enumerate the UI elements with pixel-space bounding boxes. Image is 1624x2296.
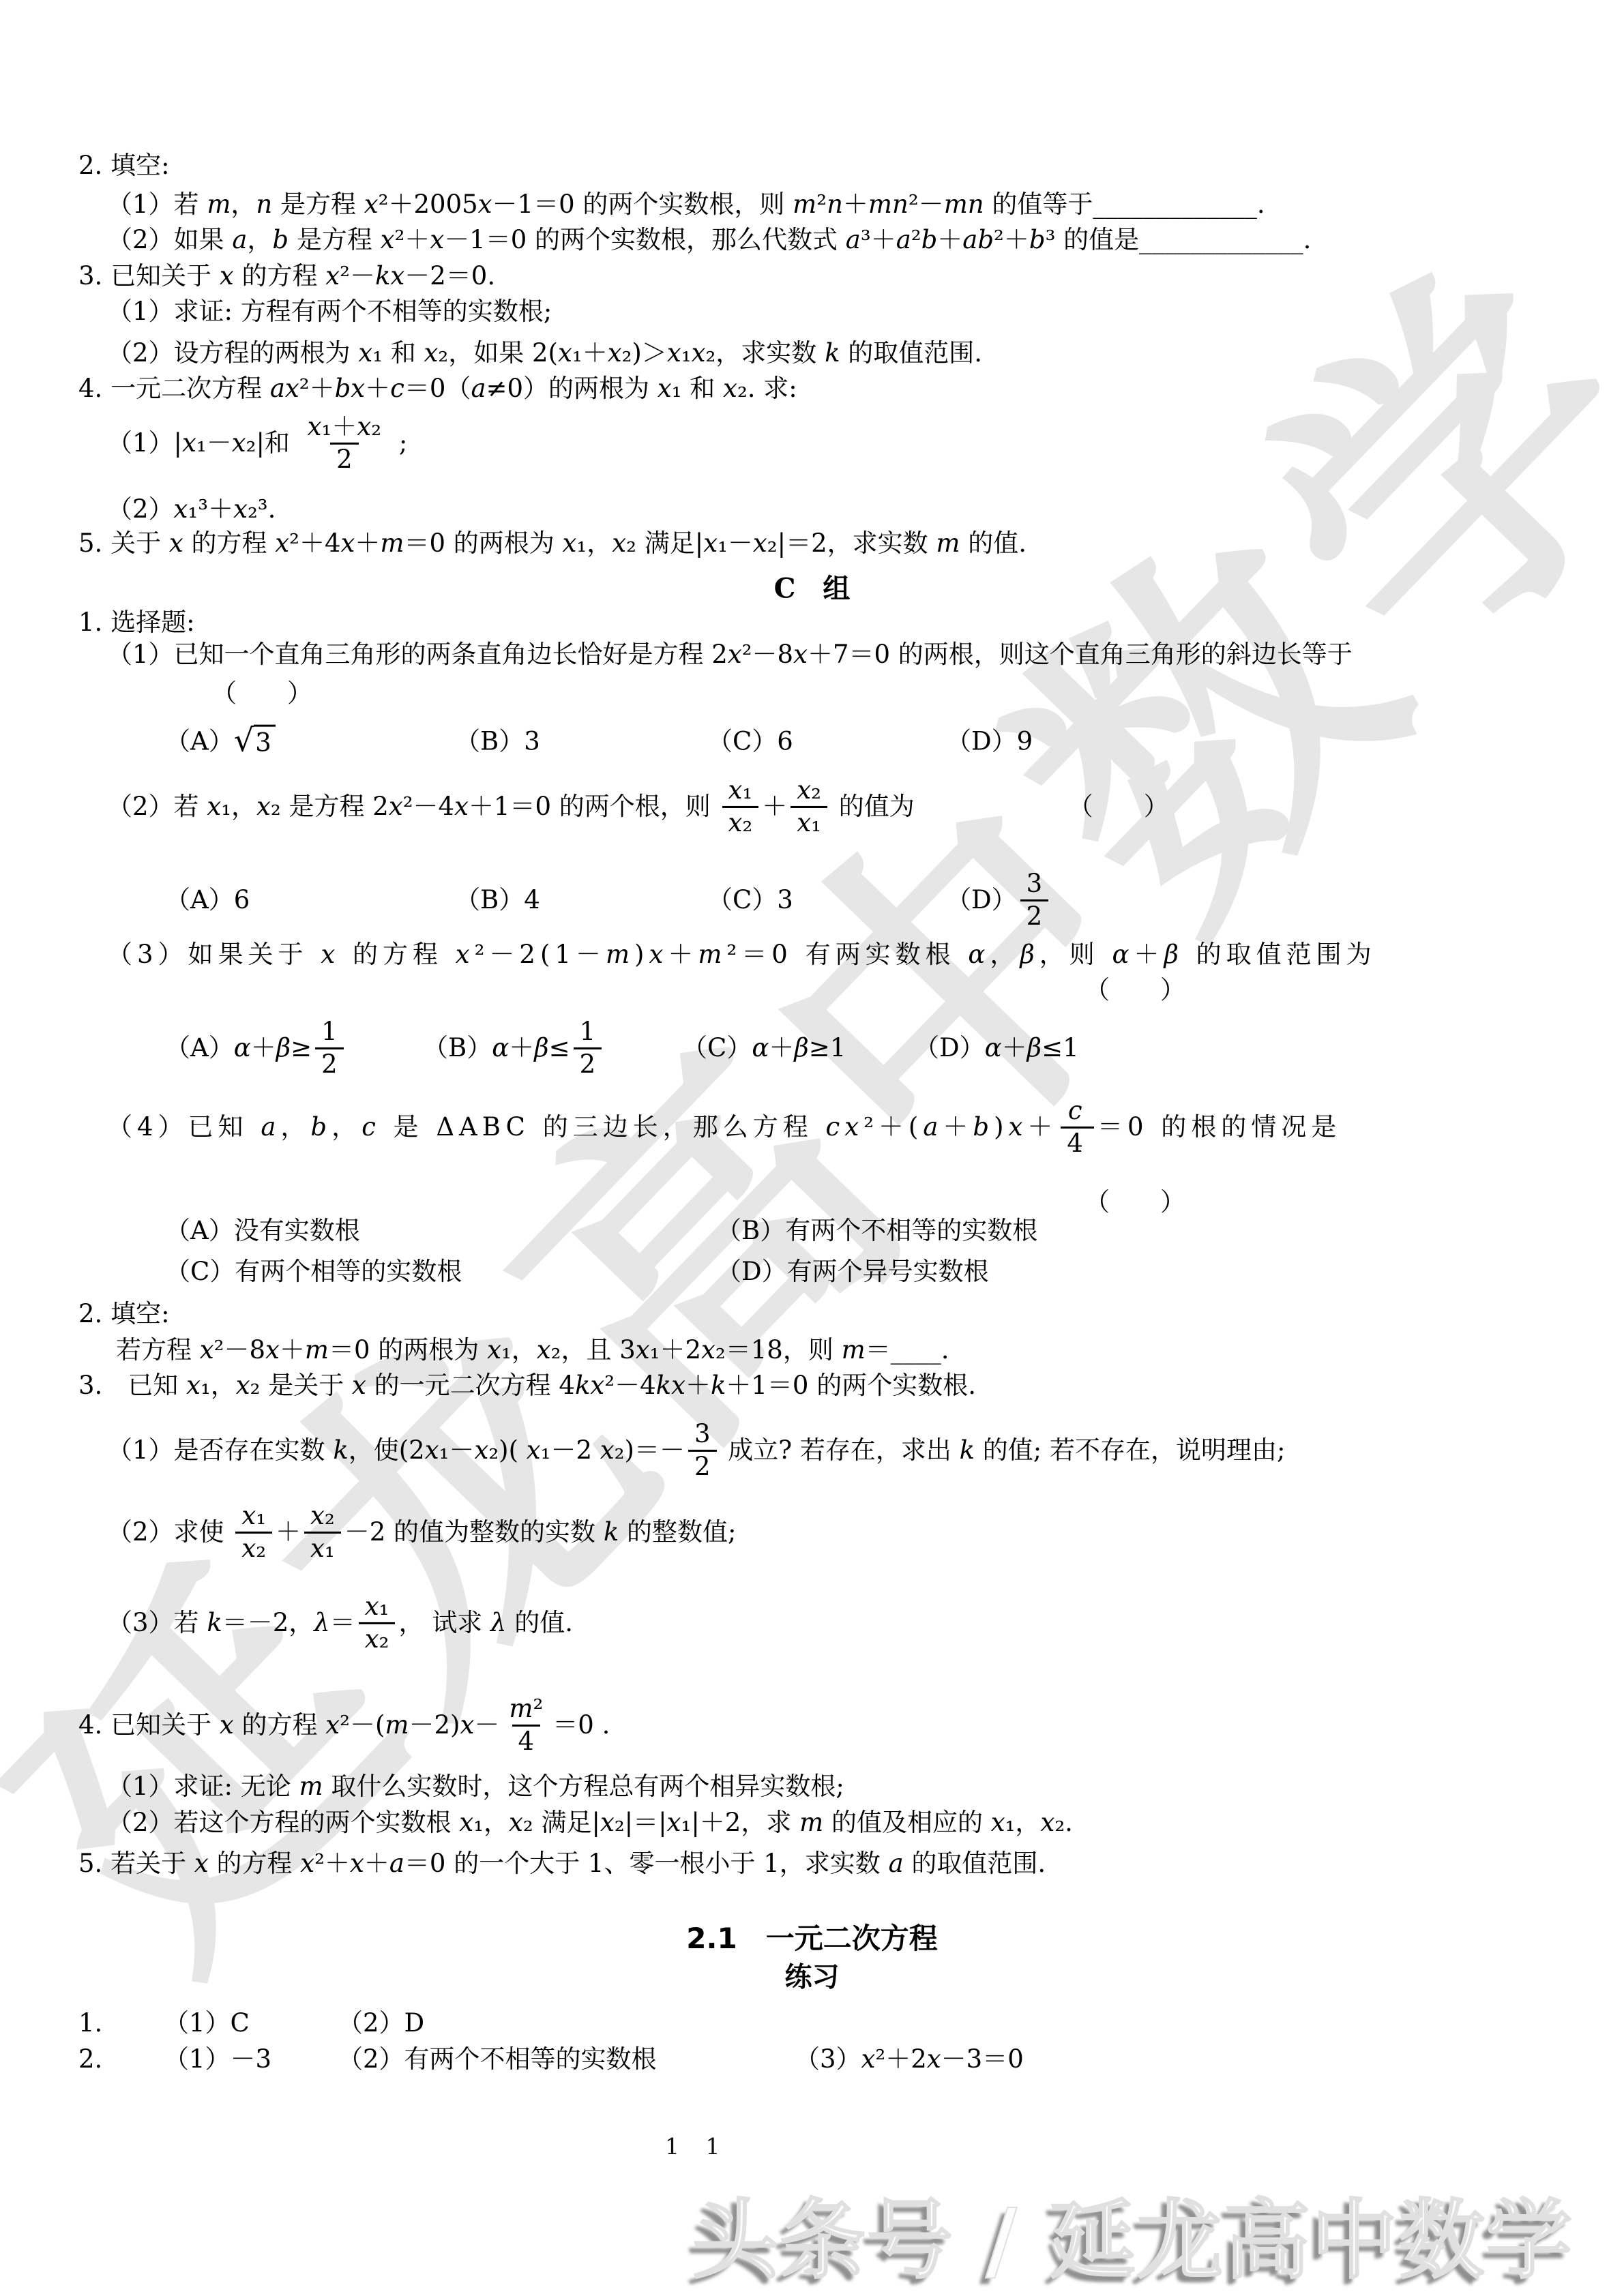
text-run: ＋ [762, 792, 787, 822]
option-cell: （A）没有实数根 [165, 1216, 716, 1246]
text-run: 2.1 一元二次方程 [686, 1922, 937, 1956]
text-run: （D）有两个异号实数根 [716, 1257, 989, 1287]
c-q1-3-answer-blank: （ ） [1084, 975, 1185, 1005]
text-run: 2 [321, 1050, 338, 1079]
answer-line-1: 1.（1）C（2）D [78, 2008, 424, 2038]
text-run: x₂ [728, 809, 753, 838]
c-q3-1: （1）是否存在实数 k，使(2x₁－x₂)( x₁－2 x₂)＝－32 成立? … [107, 1419, 1286, 1482]
sec-a-q3: 3. 已知关于 x 的方程 x²－kx－2＝0. [78, 261, 495, 291]
text-run: （B）3 [455, 726, 540, 756]
text-run: （3）x²＋2x－3＝0 [795, 2044, 1024, 2074]
text-run: c [1068, 1097, 1087, 1126]
practice-heading: 练习 [0, 1961, 1624, 1993]
text-run: 1. 选择题: [78, 608, 195, 638]
text-run: （A）没有实数根 [165, 1216, 360, 1246]
text-run: （C）有两个相等的实数根 [165, 1257, 462, 1287]
sec-a-q4-1: （1）|x₁－x₂|和 x₁＋x₂2 ; [107, 412, 407, 475]
sqrt-expression: √3 [234, 725, 276, 758]
text-run: （1）求证: 无论 m 取什么实数时，这个方程总有两个相异实数根; [107, 1772, 844, 1802]
text-run: （D） [946, 885, 1017, 915]
sec-a-q2: 2. 填空: [78, 151, 170, 181]
text-run: 2 [336, 445, 353, 475]
fraction: x₂x₁ [304, 1501, 341, 1564]
footer-watermark: 头条号 / 延龙高中数学 [692, 2172, 1574, 2295]
text-run: （B）α＋β≤ [423, 1033, 570, 1063]
text-run: （2）求使 [107, 1517, 232, 1547]
text-run: 3 [255, 728, 271, 758]
text-run: x₁ [241, 1502, 266, 1531]
c-q1-2: （2）若 x₁，x₂ 是方程 2x²－4x＋1＝0 的两个根，则 x₁x₂＋x₂… [107, 775, 1169, 838]
sec-a-q2-2: （2）如果 a，b 是方程 x²＋x－1＝0 的两个实数根，那么代数式 a³＋a… [107, 225, 1311, 255]
option-cell: （C）3 [707, 885, 946, 915]
c-q1-2-options: （A）6（B）4（C）3（D）32 [165, 869, 1052, 931]
option-cell: （D）9 [946, 726, 1033, 756]
text-run: （2）x₁³＋x₂³. [107, 494, 276, 524]
page-number: 1 1 [665, 2133, 729, 2160]
option-cell: （2）D [338, 2008, 424, 2038]
option-cell: （1）C [164, 2008, 338, 2038]
text-run: （ ） [1068, 792, 1169, 822]
text-run: 4 [518, 1727, 535, 1757]
c-q2-1: 若方程 x²－8x＋m＝0 的两根为 x₁，x₂，且 3x₁＋2x₂＝18，则 … [116, 1335, 949, 1365]
text-run: x₂ [365, 1625, 389, 1654]
c-q2: 2. 填空: [78, 1299, 170, 1329]
text-run: （ ） [211, 679, 312, 709]
text-run: （B）有两个不相等的实数根 [716, 1216, 1037, 1246]
section-2-1-title: 2.1 一元二次方程 [0, 1922, 1624, 1956]
text-run: 2. [78, 2044, 102, 2074]
text-run: （3）若 k＝－2，λ＝ [107, 1608, 355, 1638]
fraction: 32 [688, 1419, 717, 1482]
text-run: （2）若这个方程的两个实数根 x₁，x₂ 满足|x₂|＝|x₁|＋2，求 m 的… [107, 1808, 1073, 1838]
text-run: （2）有两个不相等的实数根 [338, 2044, 657, 2074]
text-run: 1 [321, 1017, 338, 1047]
fraction: 12 [315, 1017, 344, 1079]
text-run: 3 [1027, 869, 1043, 899]
text-run: x₁ [728, 776, 753, 805]
text-run: （2）设方程的两根为 x₁ 和 x₂，如果 2(x₁＋x₂)＞x₁x₂，求实数 … [107, 338, 982, 368]
c-q1: 1. 选择题: [78, 608, 195, 638]
text-run: （4）已知 a，b，c 是 ΔABC 的三边长，那么方程 cx²＋(a＋b)x＋ [107, 1112, 1057, 1142]
text-run: 3 [694, 1420, 711, 1449]
text-run: （1）C [164, 2008, 250, 2038]
text-run: 2 [694, 1452, 711, 1482]
option-cell: （3）x²＋2x－3＝0 [795, 2044, 1024, 2074]
fraction: 12 [574, 1017, 602, 1079]
spacer [915, 807, 1068, 807]
text-run: x₂ [241, 1534, 266, 1564]
option-cell: 2. [78, 2044, 164, 2074]
option-cell: （1）－3 [164, 2044, 338, 2074]
option-cell: （A）6 [165, 885, 455, 915]
sec-a-q4: 4. 一元二次方程 ax²＋bx＋c＝0（a≠0）的两根为 x₁ 和 x₂. 求… [78, 374, 797, 404]
text-run: （C）α＋β≥1 [682, 1033, 846, 1063]
worksheet-page: 延龙高中数学 2. 填空:（1）若 m，n 是方程 x²＋2005x－1＝0 的… [0, 0, 1624, 2296]
fraction: c4 [1061, 1096, 1094, 1159]
text-run: ， 试求 λ 的值. [398, 1608, 573, 1638]
text-run: 2 [580, 1050, 596, 1079]
option-cell: （C）α＋β≥1 [682, 1033, 914, 1063]
fraction: m²4 [503, 1694, 549, 1757]
text-run: 1. [78, 2008, 102, 2038]
text-run: 3. 已知关于 x 的方程 x²－kx－2＝0. [78, 261, 495, 291]
fraction: x₁x₂ [722, 775, 759, 838]
option-cell: （D）α＋β≤1 [914, 1033, 1079, 1063]
option-cell: （C）6 [707, 726, 946, 756]
text-run: （D）9 [946, 726, 1033, 756]
text-run: （2）若 x₁，x₂ 是方程 2x²－4x＋1＝0 的两个根，则 [107, 792, 719, 822]
text-run: （2）如果 a，b 是方程 x²＋x－1＝0 的两个实数根，那么代数式 a³＋a… [107, 225, 1311, 255]
text-run: （A） [165, 726, 234, 756]
fraction: x₁＋x₂2 [301, 412, 387, 475]
text-run: （C）3 [707, 885, 793, 915]
text-run: 的值为 [831, 792, 915, 822]
text-run: 4. 一元二次方程 ax²＋bx＋c＝0（a≠0）的两根为 x₁ 和 x₂. 求… [78, 374, 797, 404]
text-run: x₂ [310, 1502, 335, 1531]
text-run: m² [509, 1695, 543, 1724]
option-cell: （D）32 [946, 869, 1052, 931]
sec-a-q5: 5. 关于 x 的方程 x²＋4x＋m＝0 的两根为 x₁，x₂ 满足|x₁－x… [78, 528, 1027, 558]
option-cell: （A）√3 [165, 725, 455, 758]
text-run: （1）已知一个直角三角形的两条直角边长恰好是方程 2x²－8x＋7＝0 的两根，… [107, 640, 1353, 670]
text-run: ＋ [276, 1517, 301, 1547]
text-run: x₂ [797, 776, 821, 805]
c-q1-4-options-row2: （C）有两个相等的实数根（D）有两个异号实数根 [165, 1257, 989, 1287]
text-run: 2. 填空: [78, 151, 170, 181]
sec-a-q3-2: （2）设方程的两根为 x₁ 和 x₂，如果 2(x₁＋x₂)＞x₁x₂，求实数 … [107, 338, 982, 368]
text-run: ＝0 . [552, 1710, 610, 1740]
text-run: （3）如果关于 x 的方程 x²－2(1－m)x＋m²＝0 有两实数根 α，β，… [107, 940, 1376, 970]
text-run: （ ） [1084, 975, 1185, 1005]
c-q1-3: （3）如果关于 x 的方程 x²－2(1－m)x＋m²＝0 有两实数根 α，β，… [107, 940, 1376, 970]
option-cell: 1. [78, 2008, 164, 2038]
c-q3-2: （2）求使 x₁x₂＋x₂x₁－2 的值为整数的实数 k 的整数值; [107, 1501, 736, 1564]
text-run: （C）6 [707, 726, 793, 756]
document-content: 2. 填空:（1）若 m，n 是方程 x²＋2005x－1＝0 的两个实数根，则… [0, 0, 1624, 2296]
text-run: 若方程 x²－8x＋m＝0 的两根为 x₁，x₂，且 3x₁＋2x₂＝18，则 … [116, 1335, 949, 1365]
option-cell: （B）4 [455, 885, 707, 915]
text-run: x₁ [310, 1534, 335, 1564]
c-q3-3: （3）若 k＝－2，λ＝x₁x₂， 试求 λ 的值. [107, 1592, 573, 1654]
c-q1-1-options: （A）√3（B）3（C）6（D）9 [165, 725, 1033, 758]
c-q1-4-answer-blank: （ ） [1084, 1187, 1185, 1217]
text-run: ; [391, 428, 407, 458]
c-q4-1: （1）求证: 无论 m 取什么实数时，这个方程总有两个相异实数根; [107, 1772, 844, 1802]
text-run: 练习 [785, 1961, 840, 1993]
fraction: x₂x₁ [791, 775, 827, 838]
text-run: （1）－3 [164, 2044, 271, 2074]
c-q5: 5. 若关于 x 的方程 x²＋x＋a＝0 的一个大于 1、零一根小于 1，求实… [78, 1849, 1046, 1879]
answer-line-2: 2.（1）－3（2）有两个不相等的实数根（3）x²＋2x－3＝0 [78, 2044, 1024, 2074]
c-q1-1-answer-blank: （ ） [211, 679, 312, 709]
fraction: 32 [1020, 869, 1049, 931]
text-run: 4. 已知关于 x 的方程 x²－(m－2)x－ [78, 1710, 499, 1740]
c-q1-4: （4）已知 a，b，c 是 ΔABC 的三边长，那么方程 cx²＋(a＋b)x＋… [107, 1096, 1341, 1159]
text-run: （A）α＋β≥ [165, 1033, 312, 1063]
text-run: （1）求证: 方程有两个不相等的实数根; [107, 297, 552, 327]
option-cell: （2）有两个不相等的实数根 [338, 2044, 795, 2074]
fraction: x₁x₂ [359, 1592, 396, 1654]
text-run: ＝0 的根的情况是 [1097, 1112, 1341, 1142]
text-run: （2）D [338, 2008, 424, 2038]
text-run: x₁ [365, 1592, 389, 1622]
text-run: （1）是否存在实数 k，使(2x₁－x₂)( x₁－2 x₂)＝－ [107, 1435, 685, 1465]
text-run: －2 的值为整数的实数 k 的整数值; [344, 1517, 737, 1547]
text-run: 2 [1027, 902, 1043, 931]
option-cell: （B）有两个不相等的实数根 [716, 1216, 1037, 1246]
text-run: 成立? 若存在，求出 k 的值; 若不存在，说明理由; [720, 1435, 1286, 1465]
c-q1-1: （1）已知一个直角三角形的两条直角边长恰好是方程 2x²－8x＋7＝0 的两根，… [107, 640, 1353, 670]
text-run: 3. 已知 x₁，x₂ 是关于 x 的一元二次方程 4kx²－4kx＋k＋1＝0… [78, 1371, 976, 1401]
option-cell: （C）有两个相等的实数根 [165, 1257, 716, 1287]
option-cell: （B）3 [455, 726, 707, 756]
option-cell: （A）α＋β≥12 [165, 1017, 423, 1079]
text-run: 5. 若关于 x 的方程 x²＋x＋a＝0 的一个大于 1、零一根小于 1，求实… [78, 1849, 1046, 1879]
group-c-heading: C 组 [0, 572, 1624, 604]
text-run: （A）6 [165, 885, 250, 915]
text-run: （1）|x₁－x₂|和 [107, 428, 298, 458]
c-q1-4-options-row1: （A）没有实数根（B）有两个不相等的实数根 [165, 1216, 1037, 1246]
text-run: 1 [580, 1017, 596, 1047]
sec-a-q2-1: （1）若 m，n 是方程 x²＋2005x－1＝0 的两个实数根，则 m²n＋m… [107, 190, 1265, 220]
text-run: （D）α＋β≤1 [914, 1033, 1079, 1063]
option-cell: （D）有两个异号实数根 [716, 1257, 989, 1287]
option-cell: （B）α＋β≤12 [423, 1017, 682, 1079]
radical-icon: √ [234, 725, 254, 756]
text-run: 2. 填空: [78, 1299, 170, 1329]
sec-a-q4-2: （2）x₁³＋x₂³. [107, 494, 276, 524]
text-run: x₁＋x₂ [308, 413, 381, 442]
c-q1-3-options: （A）α＋β≥12（B）α＋β≤12（C）α＋β≥1（D）α＋β≤1 [165, 1017, 1079, 1079]
sec-a-q3-1: （1）求证: 方程有两个不相等的实数根; [107, 297, 552, 327]
text-run: （B）4 [455, 885, 540, 915]
text-run: 5. 关于 x 的方程 x²＋4x＋m＝0 的两根为 x₁，x₂ 满足|x₁－x… [78, 528, 1027, 558]
c-q4-2: （2）若这个方程的两个实数根 x₁，x₂ 满足|x₂|＝|x₁|＋2，求 m 的… [107, 1808, 1073, 1838]
c-q4: 4. 已知关于 x 的方程 x²－(m－2)x－m²4＝0 . [78, 1694, 610, 1757]
text-run: （1）若 m，n 是方程 x²＋2005x－1＝0 的两个实数根，则 m²n＋m… [107, 190, 1265, 220]
text-run: 4 [1067, 1129, 1088, 1159]
text-run: x₁ [797, 809, 821, 838]
text-run: C 组 [774, 572, 851, 604]
fraction: x₁x₂ [235, 1501, 272, 1564]
c-q3: 3. 已知 x₁，x₂ 是关于 x 的一元二次方程 4kx²－4kx＋k＋1＝0… [78, 1371, 976, 1401]
text-run: （ ） [1084, 1187, 1185, 1217]
